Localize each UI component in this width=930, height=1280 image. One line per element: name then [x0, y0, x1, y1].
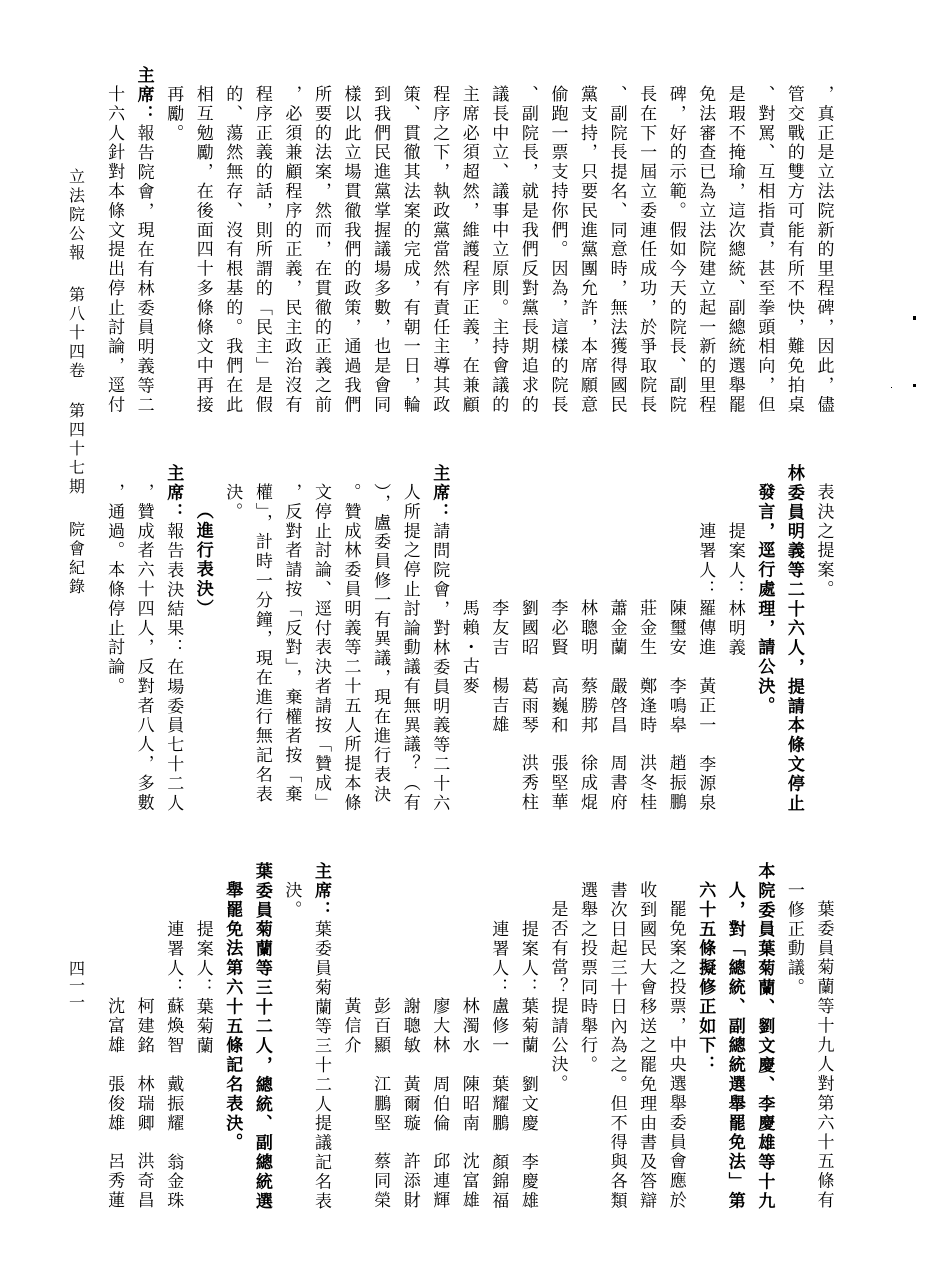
scan-speck: [913, 316, 916, 320]
legislator-name: 沈富雄: [459, 1153, 479, 1211]
legislator-name: 沈富雄: [104, 997, 124, 1055]
scan-speck: [913, 384, 916, 387]
speaker-label: 主席：: [311, 862, 331, 920]
legislator-name: 翁金珠: [163, 1153, 183, 1211]
chair-question-line: ），盧委員修一有異議，現在進行表決: [370, 483, 390, 804]
legislator-name: 黃爾璇: [400, 1075, 420, 1133]
speech-line: 、副院長提名、同意時，無法獲得國民: [607, 85, 627, 415]
speech-line: 主席必須超然，維護程序正義，在兼顧: [459, 85, 479, 415]
legislator-name: 鄭逢時: [636, 677, 656, 735]
legislator-name: 劉國昭: [518, 599, 538, 657]
scan-speck: [891, 387, 892, 388]
speech-line: 的、蕩然無存、沒有根基的。我們在此: [222, 85, 242, 415]
legislator-name: 蔡勝邦: [577, 677, 597, 735]
legislator-name: 江鵬堅: [370, 1075, 390, 1133]
chair-question-line: 權」，計時一分鐘，現在進行無記名表: [252, 483, 272, 804]
speech-line: 、副院長，就是我們反對黨長期追求的: [518, 85, 538, 415]
cosigner-label: 連署人：: [163, 920, 183, 998]
chair-result-text: 報告表決結果：在場委員七十二人: [163, 522, 183, 813]
speech-line: 再勵。: [163, 85, 183, 143]
legislator-name: 謝聰敏: [400, 997, 420, 1055]
legislator-name: 李必賢: [548, 599, 568, 657]
roll-call-motion-title: 葉委員菊蘭等三十二人，總統、副總統選: [252, 862, 272, 1211]
amendment-request: 是否有當？提請公決。: [548, 900, 568, 1094]
legislator-name: 林濁水: [459, 997, 479, 1055]
legislator-name: 張堅華: [548, 755, 568, 813]
legislator-name: 蔡同榮: [370, 1153, 390, 1211]
proposer-row: 提案人：葉菊蘭: [193, 920, 213, 1056]
legislator-name: 林聰明: [577, 599, 597, 657]
cosigner-row: 連署人：盧修一葉耀鵬顏錦福: [488, 920, 508, 1211]
cosigner-row: 劉國昭葛雨琴洪秀柱: [518, 599, 538, 812]
chair-report-column: 主席：報告院會，現在有林委員明義等二: [134, 66, 154, 415]
legislator-name: 林明義: [725, 599, 745, 657]
speaker-label: 主席：: [134, 66, 154, 124]
legislator-name: 趙振鵬: [666, 755, 686, 813]
cosigner-row: 莊金生鄭逢時洪冬桂: [636, 599, 656, 812]
speech-line: 是瑕不掩瑜，這次總統、副總統選舉罷: [725, 85, 745, 415]
amendment-notice-line: 一修正動議。: [784, 881, 804, 997]
motion-title: 發言，逕行處理，請公決。: [754, 483, 774, 716]
legislator-name: 徐成焜: [577, 755, 597, 813]
proposer-label: 提案人：: [193, 920, 213, 998]
cosigner-row: 林濁水陳昭南沈富雄: [459, 997, 479, 1210]
bottom-tier: 葉委員菊蘭等十九人對第六十五條有 一修正動議。 本院委員葉菊蘭、劉文慶、李慶雄等…: [0, 881, 930, 1241]
legislator-name: 呂秀蓮: [104, 1153, 124, 1211]
chair-question-line: 文停止討論、逕付表決者請按「贊成」: [311, 483, 331, 813]
amendment-title: 人，對「總統、副總統選舉罷免法」第: [725, 881, 745, 1211]
chair-question-line: 。贊成林委員明義等二十五人所提本條: [341, 483, 361, 813]
speaker-label: 主席：: [429, 464, 449, 522]
legislator-name: 嚴啓昌: [607, 677, 627, 735]
legislator-name: 蘇煥智: [163, 997, 183, 1055]
legislator-name: 黃信介: [341, 997, 361, 1055]
legislator-name: 劉文慶: [518, 1075, 538, 1133]
cosigner-row: 連署人：蘇煥智戴振耀翁金珠: [163, 920, 183, 1211]
legislator-name: 葉菊蘭: [193, 997, 213, 1055]
legislator-name: 廖大林: [429, 997, 449, 1055]
proposer-row: 提案人：葉菊蘭劉文慶李慶雄: [518, 920, 538, 1211]
cosigner-row: 廖大林周伯倫邱連輝: [429, 997, 449, 1210]
legislator-name: 周書府: [607, 755, 627, 813]
legislator-name: 葛雨琴: [518, 677, 538, 735]
motion-title: 林委員明義等二十六人，提請本條文停止: [784, 464, 804, 813]
chair-result-line: ，通過。本條停止討論。: [104, 483, 124, 696]
speech-line: 碑，好的示範。假如今天的院長、副院: [666, 85, 686, 415]
amendment-title: 六十五條擬修正如下：: [695, 881, 715, 1075]
speech-line: 到我們民進黨掌握議場多數，也是會同: [370, 85, 390, 415]
legislator-name: 林瑞卿: [134, 1075, 154, 1133]
legislator-name: 葉菊蘭: [518, 997, 538, 1055]
voting-note: （進行表決）: [193, 502, 213, 618]
chair-question-column: 主席：請問院會，對林委員明義等二十六: [429, 464, 449, 813]
legislator-name: 許添財: [400, 1153, 420, 1211]
speech-line: ，真正是立法院新的里程碑，因此，儘: [814, 85, 834, 415]
cosigner-row: 沈富雄張俊雄呂秀蓮: [104, 997, 124, 1210]
legislator-name: 羅傳進: [695, 599, 715, 657]
legislator-name: 李慶雄: [518, 1153, 538, 1211]
proposer-label: 提案人：: [725, 522, 745, 600]
chair-roll-call-line: 決。: [281, 881, 301, 920]
speech-line: 程序正義的話，則所謂的「民主」是假: [252, 85, 272, 415]
chair-result-column: 主席：報告表決結果：在場委員七十二人: [163, 464, 183, 813]
legislator-name: 高巍和: [548, 677, 568, 735]
speech-line: 長在下一屆立委連任成功，於爭取院長: [636, 85, 656, 415]
speech-line: 偷跑一票支持你們。因為，這樣的院長: [548, 85, 568, 415]
speech-line: 程序之下，執政黨當然有責任主導其政: [429, 85, 449, 415]
legislator-name: 邱連輝: [429, 1153, 449, 1211]
chair-question-line: ，反對者請按「反對」，棄權者按「棄: [281, 483, 301, 804]
amendment-notice-line: 葉委員菊蘭等十九人對第六十五條有: [814, 900, 834, 1210]
legislator-name: 戴振耀: [163, 1075, 183, 1133]
proposer-row: 提案人：林明義: [725, 522, 745, 658]
chair-question-line: 決。: [222, 483, 242, 522]
gazette-page: 立法院公報 第八十四卷 第四十七期 院會紀錄 四一一 ，真正是立法院新的里程碑，…: [0, 0, 930, 1280]
legislator-name: 顏錦福: [488, 1153, 508, 1211]
legislator-name: 盧修一: [488, 997, 508, 1055]
speech-line: 相互勉勵，在後面四十多條條文中再接: [193, 85, 213, 415]
legislator-name: 李友吉: [488, 599, 508, 657]
speech-line: 管交戰的雙方可能有所不快，難免拍桌: [784, 85, 804, 415]
amendment-body-line: 選舉之投票同時舉行。: [577, 881, 597, 1075]
speech-line: ，必須兼顧程序的正義，民主政治沒有: [281, 85, 301, 415]
cosigner-row: 陳璽安李鳴皋趙振鵬: [666, 599, 686, 812]
legislator-name: 柯建銘: [134, 997, 154, 1055]
legislator-name: 彭百顯: [370, 997, 390, 1055]
cosigner-row: 蕭金蘭嚴啓昌周書府: [607, 599, 627, 812]
cosigner-label: 連署人：: [488, 920, 508, 998]
cosigner-row: 謝聰敏黃爾璇許添財: [400, 997, 420, 1210]
speech-line: 策、貫徹其法案的完成，有朝一日，輪: [400, 85, 420, 415]
legislator-name: 洪秀柱: [518, 755, 538, 813]
speech-line: 所要的法案，然而，在貫徹的正義之前: [311, 85, 331, 415]
legislator-name: 李源泉: [695, 755, 715, 813]
chair-roll-call-text: 葉委員菊蘭等三十二人提議記名表: [311, 920, 331, 1211]
legislator-name: 馬賴・古麥: [459, 599, 479, 696]
legislator-name: 黃正一: [695, 677, 715, 735]
chair-roll-call-column: 主席：葉委員菊蘭等三十二人提議記名表: [311, 862, 331, 1211]
legislator-name: 陳璽安: [666, 599, 686, 657]
middle-tier: 表決之提案。 林委員明義等二十六人，提請本條文停止 發言，逕行處理，請公決。 提…: [0, 483, 930, 843]
amendment-body-line: 收到國民大會移送之罷免理由書及答辯: [636, 881, 656, 1211]
chair-report-text: 報告院會，現在有林委員明義等二: [134, 124, 154, 415]
legislator-name: 洪冬桂: [636, 755, 656, 813]
chair-report-line: 十六人針對本條文提出停止討論，逕付: [104, 85, 124, 415]
legislator-name: 莊金生: [636, 599, 656, 657]
roll-call-motion-title: 舉罷免法第六十五條記名表決。: [222, 881, 242, 1153]
chair-result-line: ，贊成者六十四人，反對者八人，多數: [134, 483, 154, 813]
speech-line: 議長中立、議事中立原則。主持會議的: [488, 85, 508, 415]
amendment-body-line: 書次日起三十日內為之。但不得與各類: [607, 881, 627, 1211]
chair-question-text: 請問院會，對林委員明義等二十六: [429, 522, 449, 813]
speech-line: 樣以此立場貫徹我們的政策，通過我們: [341, 85, 361, 415]
legislator-name: 張俊雄: [104, 1075, 124, 1133]
legislator-name: 周伯倫: [429, 1075, 449, 1133]
cosigner-row: 李友吉楊吉雄: [488, 599, 508, 735]
chair-question-line: 人所提之停止討論動議有無異議？（有: [400, 483, 420, 813]
cosigner-row: 連署人：羅傳進黃正一李源泉: [695, 522, 715, 813]
cosigner-row: 柯建銘林瑞卿洪奇昌: [134, 997, 154, 1210]
speech-line: 黨支持，只要民進黨團允許，本席願意: [577, 85, 597, 415]
cosigner-label: 連署人：: [695, 522, 715, 600]
legislator-name: 陳昭南: [459, 1075, 479, 1133]
amendment-title: 本院委員葉菊蘭、劉文慶、李慶雄等十九: [754, 862, 774, 1211]
legislator-name: 葉耀鵬: [488, 1075, 508, 1133]
speech-line: 免法審查已為立法院建立起一新的里程: [695, 85, 715, 415]
proposer-label: 提案人：: [518, 920, 538, 998]
cosigner-row: 黃信介: [341, 997, 361, 1055]
legislator-name: 蕭金蘭: [607, 599, 627, 657]
legislator-name: 楊吉雄: [488, 677, 508, 735]
speaker-label: 主席：: [163, 464, 183, 522]
chair-report-line: 表決之提案。: [814, 483, 834, 599]
cosigner-row: 林聰明蔡勝邦徐成焜: [577, 599, 597, 812]
top-tier: ，真正是立法院新的里程碑，因此，儘 管交戰的雙方可能有所不快，難免拍桌 、對罵、…: [0, 85, 930, 445]
speech-line: 、對罵、互相指責，甚至拳頭相向，但: [754, 85, 774, 415]
amendment-body-line: 罷免案之投票，中央選舉委員會應於: [666, 900, 686, 1210]
cosigner-row: 李必賢高巍和張堅華: [548, 599, 568, 812]
cosigner-row: 馬賴・古麥: [459, 599, 479, 696]
legislator-name: 李鳴皋: [666, 677, 686, 735]
cosigner-row: 彭百顯江鵬堅蔡同榮: [370, 997, 390, 1210]
legislator-name: 洪奇昌: [134, 1153, 154, 1211]
